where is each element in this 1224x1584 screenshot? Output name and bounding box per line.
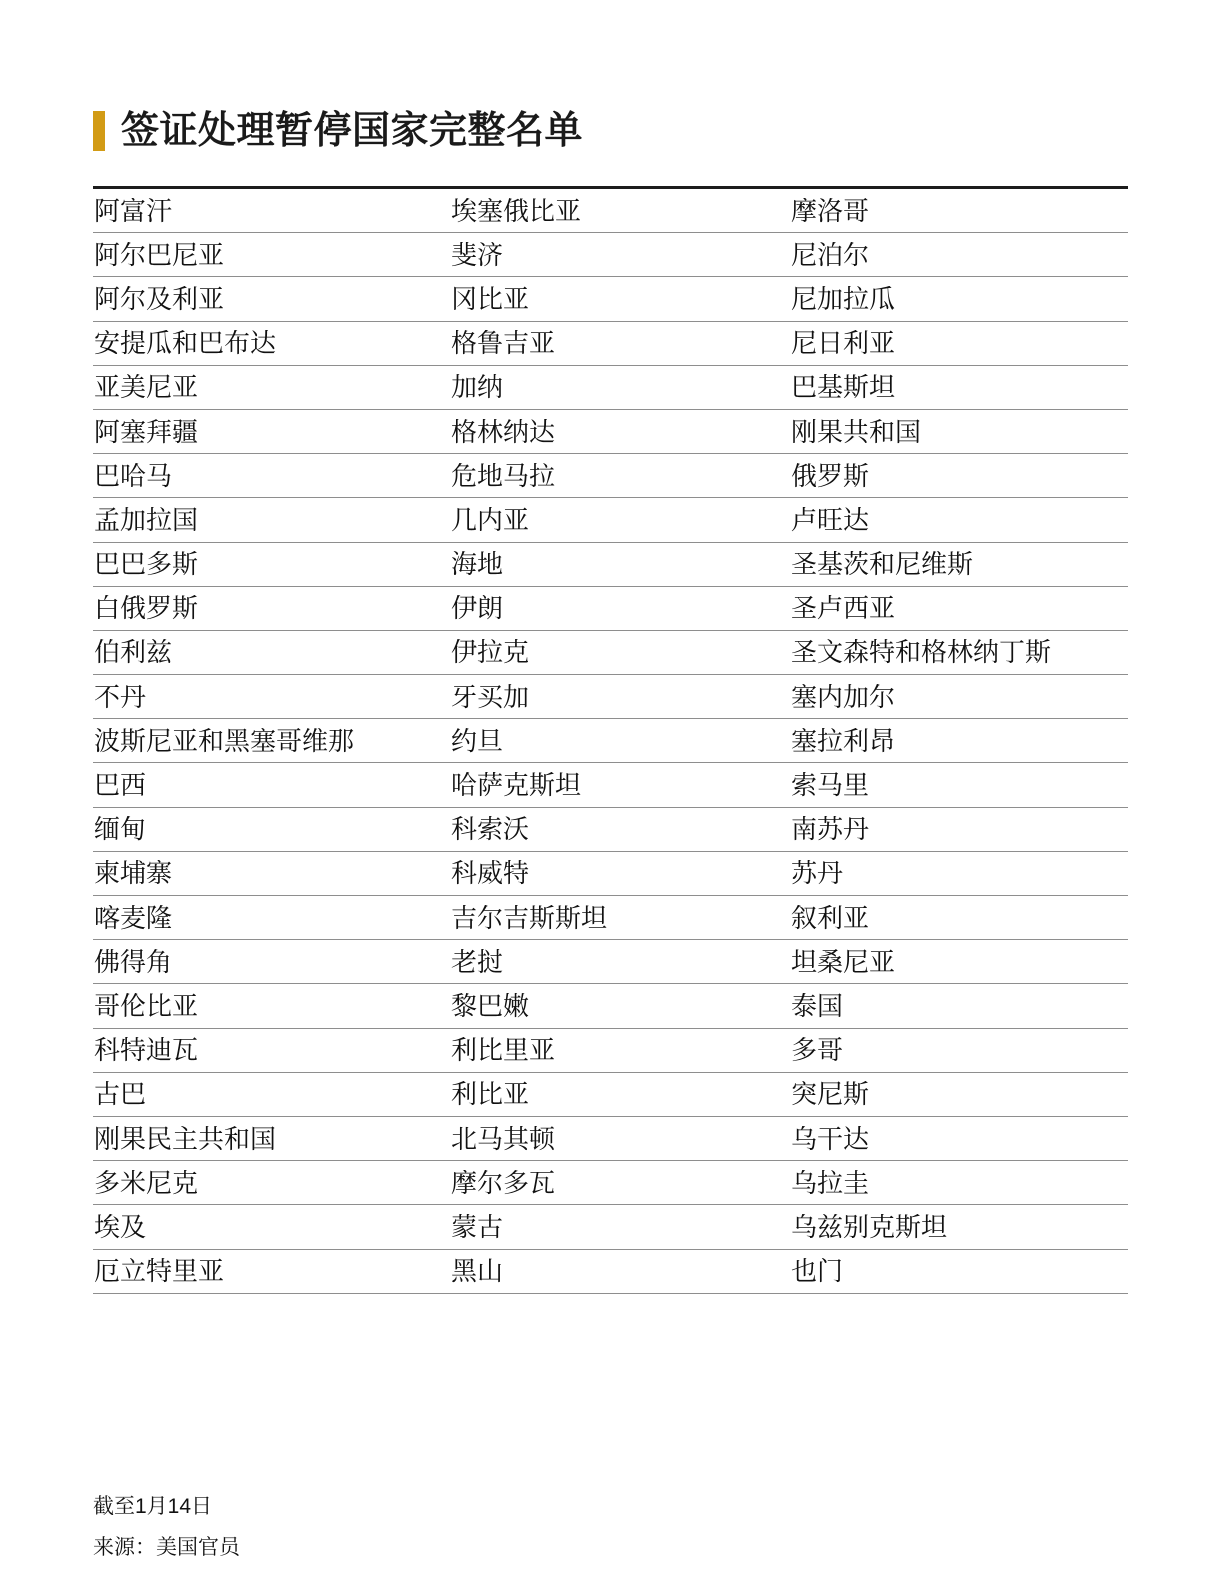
country-cell: 苏丹 [790, 860, 1128, 886]
source-note: 来源：美国官员 [93, 1537, 240, 1558]
country-cell: 古巴 [93, 1081, 450, 1107]
table-row: 哥伦比亚黎巴嫩泰国 [93, 984, 1128, 1028]
country-cell: 南苏丹 [790, 816, 1128, 842]
country-cell: 圣文森特和格林纳丁斯 [790, 639, 1128, 665]
country-cell: 泰国 [790, 993, 1128, 1019]
title-block: 签证处理暂停国家完整名单 [93, 108, 583, 154]
table-row: 巴巴多斯海地圣基茨和尼维斯 [93, 543, 1128, 587]
country-cell: 约旦 [450, 728, 790, 754]
country-cell: 冈比亚 [450, 286, 790, 312]
table-row: 孟加拉国几内亚卢旺达 [93, 498, 1128, 542]
country-cell: 圣基茨和尼维斯 [790, 551, 1128, 577]
country-cell: 阿富汗 [93, 198, 450, 224]
country-cell: 巴哈马 [93, 463, 450, 489]
country-cell: 乌拉圭 [790, 1170, 1128, 1196]
country-cell: 巴基斯坦 [790, 374, 1128, 400]
country-cell: 黑山 [450, 1258, 790, 1284]
table-row: 多米尼克摩尔多瓦乌拉圭 [93, 1161, 1128, 1205]
country-cell: 多哥 [790, 1037, 1128, 1063]
table-row: 白俄罗斯伊朗圣卢西亚 [93, 587, 1128, 631]
as-of-date: 截至1月14日 [93, 1496, 240, 1517]
country-cell: 刚果共和国 [790, 419, 1128, 445]
table-row: 亚美尼亚加纳巴基斯坦 [93, 366, 1128, 410]
country-cell: 安提瓜和巴布达 [93, 330, 450, 356]
country-cell: 尼日利亚 [790, 330, 1128, 356]
country-cell: 塞内加尔 [790, 684, 1128, 710]
country-cell: 多米尼克 [93, 1170, 450, 1196]
country-cell: 摩洛哥 [790, 198, 1128, 224]
table-row: 埃及蒙古乌兹别克斯坦 [93, 1205, 1128, 1249]
country-cell: 科威特 [450, 860, 790, 886]
country-cell: 阿塞拜疆 [93, 419, 450, 445]
country-cell: 厄立特里亚 [93, 1258, 450, 1284]
country-cell: 牙买加 [450, 684, 790, 710]
country-cell: 乌干达 [790, 1126, 1128, 1152]
country-cell: 哥伦比亚 [93, 993, 450, 1019]
country-cell: 俄罗斯 [790, 463, 1128, 489]
table-row: 阿塞拜疆格林纳达刚果共和国 [93, 410, 1128, 454]
country-cell: 危地马拉 [450, 463, 790, 489]
country-cell: 刚果民主共和国 [93, 1126, 450, 1152]
table-row: 喀麦隆吉尔吉斯斯坦叙利亚 [93, 896, 1128, 940]
country-table: 阿富汗埃塞俄比亚摩洛哥阿尔巴尼亚斐济尼泊尔阿尔及利亚冈比亚尼加拉瓜安提瓜和巴布达… [93, 186, 1128, 1294]
table-row: 阿富汗埃塞俄比亚摩洛哥 [93, 189, 1128, 233]
country-cell: 伊朗 [450, 595, 790, 621]
table-row: 刚果民主共和国北马其顿乌干达 [93, 1117, 1128, 1161]
country-cell: 阿尔及利亚 [93, 286, 450, 312]
country-cell: 塞拉利昂 [790, 728, 1128, 754]
country-cell: 索马里 [790, 772, 1128, 798]
country-cell: 阿尔巴尼亚 [93, 242, 450, 268]
country-cell: 尼泊尔 [790, 242, 1128, 268]
table-row: 伯利兹伊拉克圣文森特和格林纳丁斯 [93, 631, 1128, 675]
country-cell: 埃及 [93, 1214, 450, 1240]
country-cell: 格林纳达 [450, 419, 790, 445]
table-row: 厄立特里亚黑山也门 [93, 1250, 1128, 1294]
country-cell: 摩尔多瓦 [450, 1170, 790, 1196]
country-cell: 巴西 [93, 772, 450, 798]
country-cell: 尼加拉瓜 [790, 286, 1128, 312]
country-cell: 伯利兹 [93, 639, 450, 665]
country-cell: 斐济 [450, 242, 790, 268]
table-row: 阿尔巴尼亚斐济尼泊尔 [93, 233, 1128, 277]
title-accent-bar [93, 111, 105, 151]
country-cell: 吉尔吉斯斯坦 [450, 905, 790, 931]
country-cell: 蒙古 [450, 1214, 790, 1240]
country-cell: 圣卢西亚 [790, 595, 1128, 621]
table-row: 不丹牙买加塞内加尔 [93, 675, 1128, 719]
country-cell: 科特迪瓦 [93, 1037, 450, 1063]
country-cell: 海地 [450, 551, 790, 577]
country-cell: 突尼斯 [790, 1081, 1128, 1107]
country-cell: 缅甸 [93, 816, 450, 842]
table-row: 科特迪瓦利比里亚多哥 [93, 1029, 1128, 1073]
table-row: 阿尔及利亚冈比亚尼加拉瓜 [93, 277, 1128, 321]
country-cell: 哈萨克斯坦 [450, 772, 790, 798]
page: 签证处理暂停国家完整名单 阿富汗埃塞俄比亚摩洛哥阿尔巴尼亚斐济尼泊尔阿尔及利亚冈… [0, 0, 1224, 1584]
table-row: 古巴利比亚突尼斯 [93, 1073, 1128, 1117]
country-cell: 波斯尼亚和黑塞哥维那 [93, 728, 450, 754]
table-row: 波斯尼亚和黑塞哥维那约旦塞拉利昂 [93, 719, 1128, 763]
country-cell: 利比里亚 [450, 1037, 790, 1063]
country-cell: 坦桑尼亚 [790, 949, 1128, 975]
country-cell: 叙利亚 [790, 905, 1128, 931]
page-title: 签证处理暂停国家完整名单 [121, 108, 583, 154]
country-cell: 利比亚 [450, 1081, 790, 1107]
country-cell: 加纳 [450, 374, 790, 400]
country-cell: 埃塞俄比亚 [450, 198, 790, 224]
country-cell: 卢旺达 [790, 507, 1128, 533]
footer: 截至1月14日 来源：美国官员 [93, 1496, 240, 1558]
table-row: 佛得角老挝坦桑尼亚 [93, 940, 1128, 984]
country-cell: 几内亚 [450, 507, 790, 533]
table-row: 安提瓜和巴布达格鲁吉亚尼日利亚 [93, 322, 1128, 366]
country-cell: 柬埔寨 [93, 860, 450, 886]
country-cell: 不丹 [93, 684, 450, 710]
country-cell: 佛得角 [93, 949, 450, 975]
country-cell: 喀麦隆 [93, 905, 450, 931]
country-cell: 孟加拉国 [93, 507, 450, 533]
country-cell: 也门 [790, 1258, 1128, 1284]
table-row: 柬埔寨科威特苏丹 [93, 852, 1128, 896]
country-cell: 北马其顿 [450, 1126, 790, 1152]
country-cell: 巴巴多斯 [93, 551, 450, 577]
country-cell: 白俄罗斯 [93, 595, 450, 621]
country-cell: 科索沃 [450, 816, 790, 842]
table-row: 巴西哈萨克斯坦索马里 [93, 763, 1128, 807]
country-cell: 乌兹别克斯坦 [790, 1214, 1128, 1240]
table-row: 缅甸科索沃南苏丹 [93, 808, 1128, 852]
country-cell: 老挝 [450, 949, 790, 975]
table-row: 巴哈马危地马拉俄罗斯 [93, 454, 1128, 498]
country-cell: 亚美尼亚 [93, 374, 450, 400]
country-cell: 黎巴嫩 [450, 993, 790, 1019]
country-cell: 格鲁吉亚 [450, 330, 790, 356]
country-cell: 伊拉克 [450, 639, 790, 665]
